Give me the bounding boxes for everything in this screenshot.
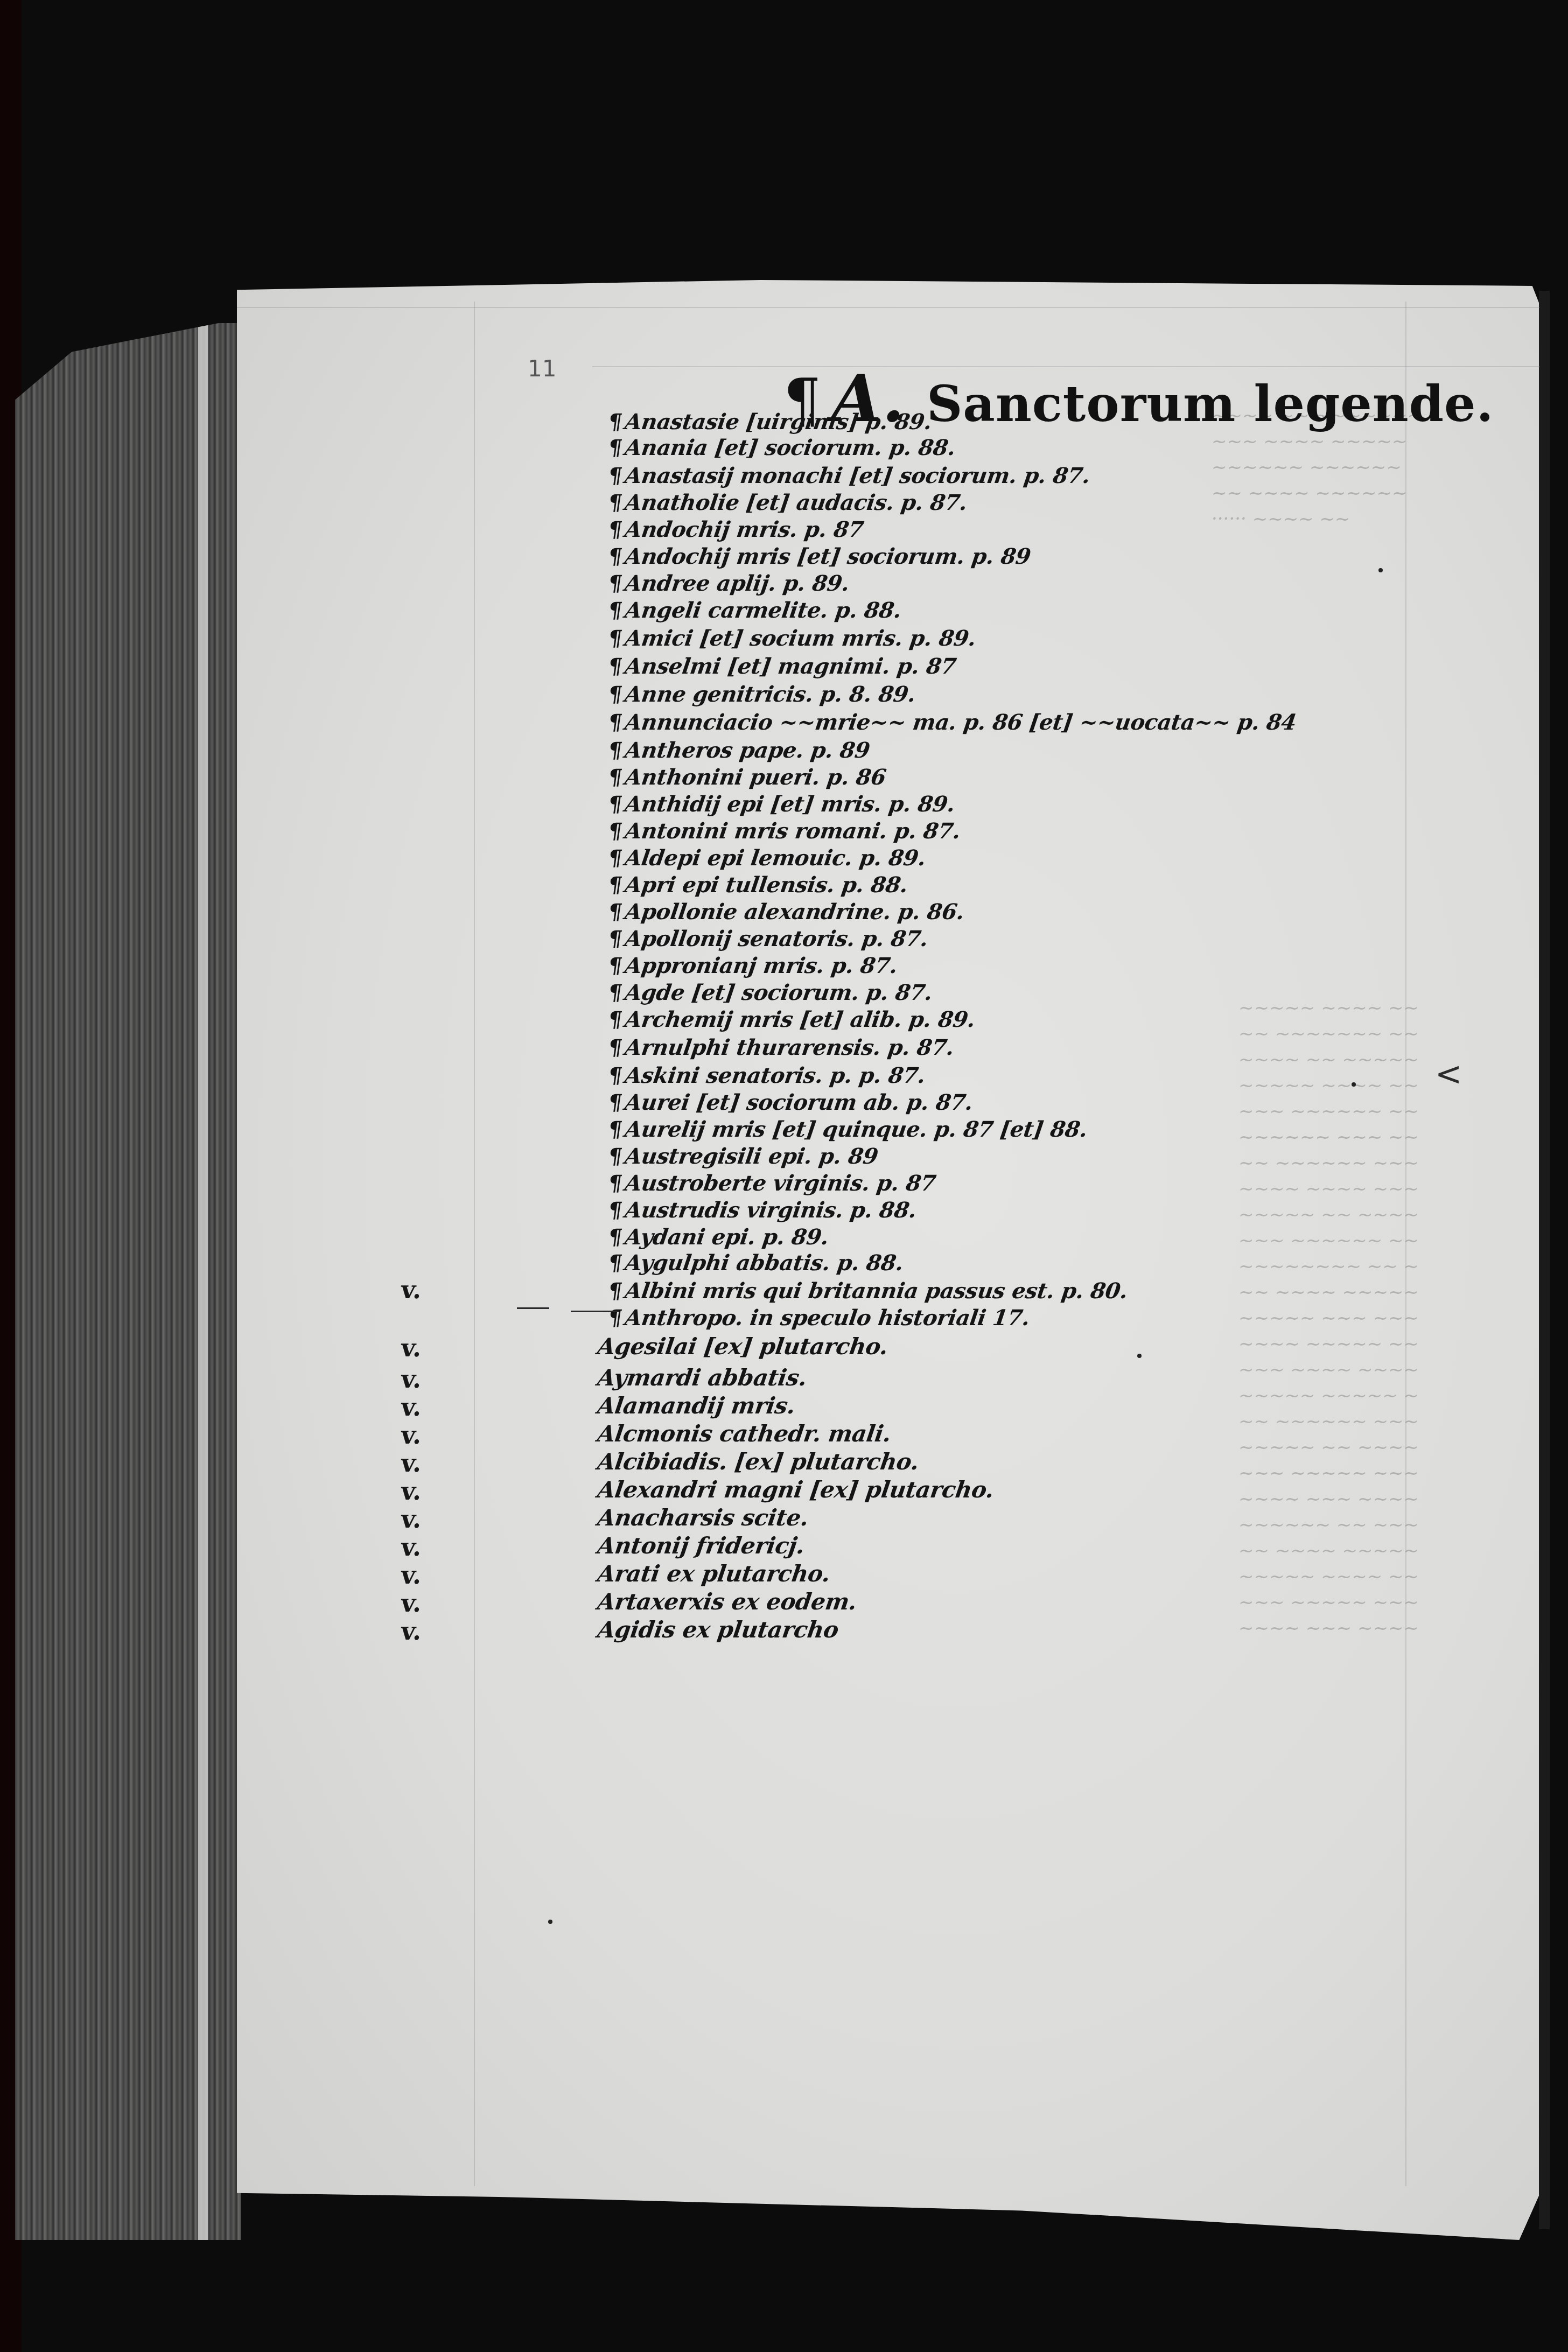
paragraph-mark-icon: ¶ (607, 1090, 624, 1115)
index-entry-text: Anthonini pueri. p. 86 (624, 765, 888, 790)
margin-letter-v: v. (400, 1333, 423, 1362)
index-entry: ¶Anne genitricis. p. 8. 89. (607, 682, 918, 707)
paragraph-mark-icon: ¶ (607, 1117, 624, 1142)
index-entry: ¶Anatholie [et] audacis. p. 87. (607, 490, 969, 515)
index-entry-text: Arnulphi thurarensis. p. 87. (624, 1035, 956, 1060)
margin-letter-v: v. (400, 1532, 423, 1562)
index-entry-text: Anastasie [uirginis] p. 89. (624, 409, 934, 435)
ruling-line-horizontal (237, 307, 1540, 308)
paragraph-mark-icon: ¶ (607, 682, 624, 707)
index-entry-text: Appronianj mris. p. 87. (624, 953, 899, 978)
ruling-line-vertical (474, 302, 475, 2186)
index-entry-text: Anthidij epi [et] mris. p. 89. (624, 792, 957, 817)
paragraph-mark-icon: ¶ (607, 463, 624, 488)
paragraph-mark-icon: ¶ (607, 544, 624, 569)
index-entry-text: Antheros pape. p. 89 (624, 738, 872, 763)
paragraph-mark-icon: ¶ (607, 710, 624, 735)
index-entry: ¶Annunciacio ~~mrie~~ ma. p. 86 [et] ~~u… (607, 710, 1298, 735)
index-entry: ¶Arnulphi thurarensis. p. 87. (607, 1035, 956, 1060)
index-entry-text: Agde [et] sociorum. p. 87. (624, 980, 934, 1005)
index-entry-text: Apollonij senatoris. p. 87. (624, 926, 930, 951)
paragraph-mark-icon: ¶ (607, 1224, 624, 1250)
paragraph-mark-icon: ¶ (607, 1250, 624, 1276)
page-gutter-highlight (198, 323, 208, 2240)
index-entry: ¶Andochij mris [et] sociorum. p. 89 (607, 544, 1032, 569)
paragraph-mark-icon: ¶ (607, 818, 624, 844)
ink-speck (548, 1920, 552, 1924)
paragraph-mark-icon: ¶ (607, 435, 624, 460)
index-entry: ¶Aurelij mris [et] quinque. p. 87 [et] 8… (607, 1117, 1089, 1142)
margin-letter-v: v. (400, 1476, 423, 1506)
index-entry-text: Andochij mris [et] sociorum. p. 89 (624, 544, 1032, 569)
plutarch-entry: Antonij fridericj. (596, 1532, 806, 1559)
index-entry-text: Aurelij mris [et] quinque. p. 87 [et] 88… (624, 1117, 1089, 1142)
index-entry: ¶Aygulphi abbatis. p. 88. (607, 1250, 905, 1276)
index-entry: ¶Antonini mris romani. p. 87. (607, 818, 962, 844)
index-entry-text: Austrudis virginis. p. 88. (624, 1198, 918, 1223)
margin-letter-v: v. (400, 1420, 423, 1450)
paragraph-mark-icon: ¶ (607, 980, 624, 1005)
index-entry-text: Aldepi epi lemouic. p. 89. (624, 845, 927, 871)
index-entry: ¶Anastasij monachi [et] sociorum. p. 87. (607, 463, 1092, 488)
plutarch-entry: Alcmonis cathedr. mali. (596, 1420, 893, 1447)
paragraph-mark-icon: ¶ (607, 654, 624, 679)
paragraph-mark-icon: ¶ (607, 598, 624, 623)
heading-title: Sanctorum legende. (927, 375, 1494, 433)
margin-letter-v: v. (400, 1392, 423, 1422)
index-entry: ¶Aldepi epi lemouic. p. 89. (607, 845, 927, 871)
index-entry-text: Aydani epi. p. 89. (624, 1224, 830, 1250)
index-entry: ¶Austregisili epi. p. 89 (607, 1144, 880, 1169)
index-entry: ¶Albini mris qui britannia passus est. p… (607, 1278, 1129, 1304)
paragraph-mark-icon: ¶ (607, 926, 624, 951)
index-entry-text: Angeli carmelite. p. 88. (624, 598, 903, 623)
margin-letter-v: v. (400, 1560, 423, 1590)
plutarch-entry: Arati ex plutarcho. (596, 1560, 832, 1587)
margin-letter-v: v. (400, 1616, 423, 1646)
index-entry-text: Amici [et] socium mris. p. 89. (624, 626, 978, 651)
margin-pointer-mark: < (1435, 1055, 1462, 1093)
index-entry: ¶Antheros pape. p. 89 (607, 738, 872, 763)
index-entry: ¶Anastasie [uirginis] p. 89. (607, 409, 934, 435)
index-entry-text: Aurei [et] sociorum ab. p. 87. (624, 1090, 975, 1115)
index-entry: ¶Anthropo. in speculo historiali 17. (607, 1305, 1032, 1331)
paragraph-mark-icon: ¶ (607, 1278, 624, 1304)
margin-letter-v: v. (400, 1504, 423, 1534)
index-entry-text: Andochij mris. p. 87 (624, 517, 865, 542)
paragraph-mark-icon: ¶ (607, 1171, 624, 1196)
plutarch-entry: Alamandij mris. (596, 1392, 797, 1419)
index-entry: ¶Anselmi [et] magnimi. p. 87 (607, 654, 958, 679)
paragraph-mark-icon: ¶ (607, 571, 624, 596)
paragraph-mark-icon: ¶ (607, 490, 624, 515)
index-entry: ¶Askini senatoris. p. p. 87. (607, 1063, 927, 1088)
ink-speck (1378, 568, 1383, 572)
index-entry: ¶Anthonini pueri. p. 86 (607, 765, 888, 790)
index-entry: ¶Agde [et] sociorum. p. 87. (607, 980, 934, 1005)
pointer-dash (571, 1311, 619, 1312)
index-entry-text: Austroberte virginis. p. 87 (624, 1171, 937, 1196)
paragraph-mark-icon: ¶ (607, 953, 624, 978)
book-block-edges (15, 323, 241, 2240)
index-entry: ¶Archemij mris [et] alib. p. 89. (607, 1007, 977, 1032)
index-entry-text: Aygulphi abbatis. p. 88. (624, 1250, 905, 1276)
paragraph-mark-icon: ¶ (607, 899, 624, 925)
paragraph-mark-icon: ¶ (607, 1063, 624, 1088)
index-entry: ¶Apri epi tullensis. p. 88. (607, 872, 909, 898)
paragraph-mark-icon: ¶ (607, 845, 624, 871)
paragraph-mark-icon: ¶ (607, 765, 624, 790)
index-entry-text: Austregisili epi. p. 89 (624, 1144, 880, 1169)
index-entry: ¶Appronianj mris. p. 87. (607, 953, 899, 978)
index-entry: ¶Apollonij senatoris. p. 87. (607, 926, 930, 951)
index-entry: ¶Andree aplij. p. 89. (607, 571, 851, 596)
index-entry-text: Antonini mris romani. p. 87. (624, 818, 962, 844)
index-entry-text: Albini mris qui britannia passus est. p.… (624, 1278, 1129, 1304)
page-right-edge-shadow (1539, 291, 1550, 2229)
paragraph-mark-icon: ¶ (607, 409, 624, 435)
index-entry-text: Anselmi [et] magnimi. p. 87 (624, 654, 958, 679)
plutarch-entry: Aymardi abbatis. (596, 1364, 809, 1391)
show-through-text: ~~~~~ ~~~~ ~~ ~~ ~~~~~~~ ~~ ~~~~ ~~ ~~~~… (1238, 969, 1419, 1641)
index-entry: ¶Aydani epi. p. 89. (607, 1224, 830, 1250)
pointer-dash (517, 1307, 549, 1309)
plutarch-entry: Alexandri magni [ex] plutarcho. (596, 1476, 996, 1503)
plutarch-entry: Alcibiadis. [ex] plutarcho. (596, 1448, 921, 1475)
margin-letter-v: v. (400, 1448, 423, 1478)
plutarch-entry: Agesilai [ex] plutarcho. (596, 1333, 890, 1360)
paragraph-mark-icon: ¶ (607, 626, 624, 651)
paragraph-mark-icon: ¶ (607, 1144, 624, 1169)
index-entry-text: Andree aplij. p. 89. (624, 571, 851, 596)
paragraph-mark-icon: ¶ (607, 1305, 624, 1331)
index-entry-text: Apri epi tullensis. p. 88. (624, 872, 909, 898)
paragraph-mark-icon: ¶ (607, 792, 624, 817)
margin-letter-v: v. (400, 1364, 423, 1394)
margin-letter-v: v. (400, 1588, 423, 1618)
index-entry: ¶Austrudis virginis. p. 88. (607, 1198, 918, 1223)
plutarch-entry: Agidis ex plutarcho (596, 1616, 841, 1643)
ink-speck (1137, 1354, 1142, 1358)
index-entry-text: Annunciacio ~~mrie~~ ma. p. 86 [et] ~~uo… (624, 710, 1298, 735)
paragraph-mark-icon: ¶ (607, 1007, 624, 1032)
plutarch-entry: Anacharsis scite. (596, 1504, 810, 1531)
folio-mark: 11 (528, 355, 556, 382)
index-entry-text: Anastasij monachi [et] sociorum. p. 87. (624, 463, 1092, 488)
index-entry-text: Apollonie alexandrine. p. 86. (624, 899, 966, 925)
index-entry: ¶Apollonie alexandrine. p. 86. (607, 899, 966, 925)
index-entry: ¶Amici [et] socium mris. p. 89. (607, 626, 978, 651)
index-entry: ¶Andochij mris. p. 87 (607, 517, 865, 542)
index-entry-text: Archemij mris [et] alib. p. 89. (624, 1007, 977, 1032)
index-entry-text: Anatholie [et] audacis. p. 87. (624, 490, 969, 515)
ink-speck (1352, 1082, 1356, 1087)
index-entry-text: Anthropo. in speculo historiali 17. (624, 1305, 1032, 1331)
index-entry-text: Anne genitricis. p. 8. 89. (624, 682, 918, 707)
index-entry: ¶Anania [et] sociorum. p. 88. (607, 435, 957, 460)
index-entry-text: Anania [et] sociorum. p. 88. (624, 435, 957, 460)
margin-letter-v: v. (400, 1275, 423, 1304)
paragraph-mark-icon: ¶ (607, 1035, 624, 1060)
index-entry: ¶Austroberte virginis. p. 87 (607, 1171, 937, 1196)
paragraph-mark-icon: ¶ (607, 1198, 624, 1223)
paragraph-mark-icon: ¶ (607, 872, 624, 898)
plutarch-entry: Artaxerxis ex eodem. (596, 1588, 859, 1615)
index-entry: ¶Angeli carmelite. p. 88. (607, 598, 903, 623)
index-entry: ¶Anthidij epi [et] mris. p. 89. (607, 792, 957, 817)
paragraph-mark-icon: ¶ (607, 517, 624, 542)
paragraph-mark-icon: ¶ (607, 738, 624, 763)
index-entry: ¶Aurei [et] sociorum ab. p. 87. (607, 1090, 975, 1115)
index-entry-text: Askini senatoris. p. p. 87. (624, 1063, 927, 1088)
